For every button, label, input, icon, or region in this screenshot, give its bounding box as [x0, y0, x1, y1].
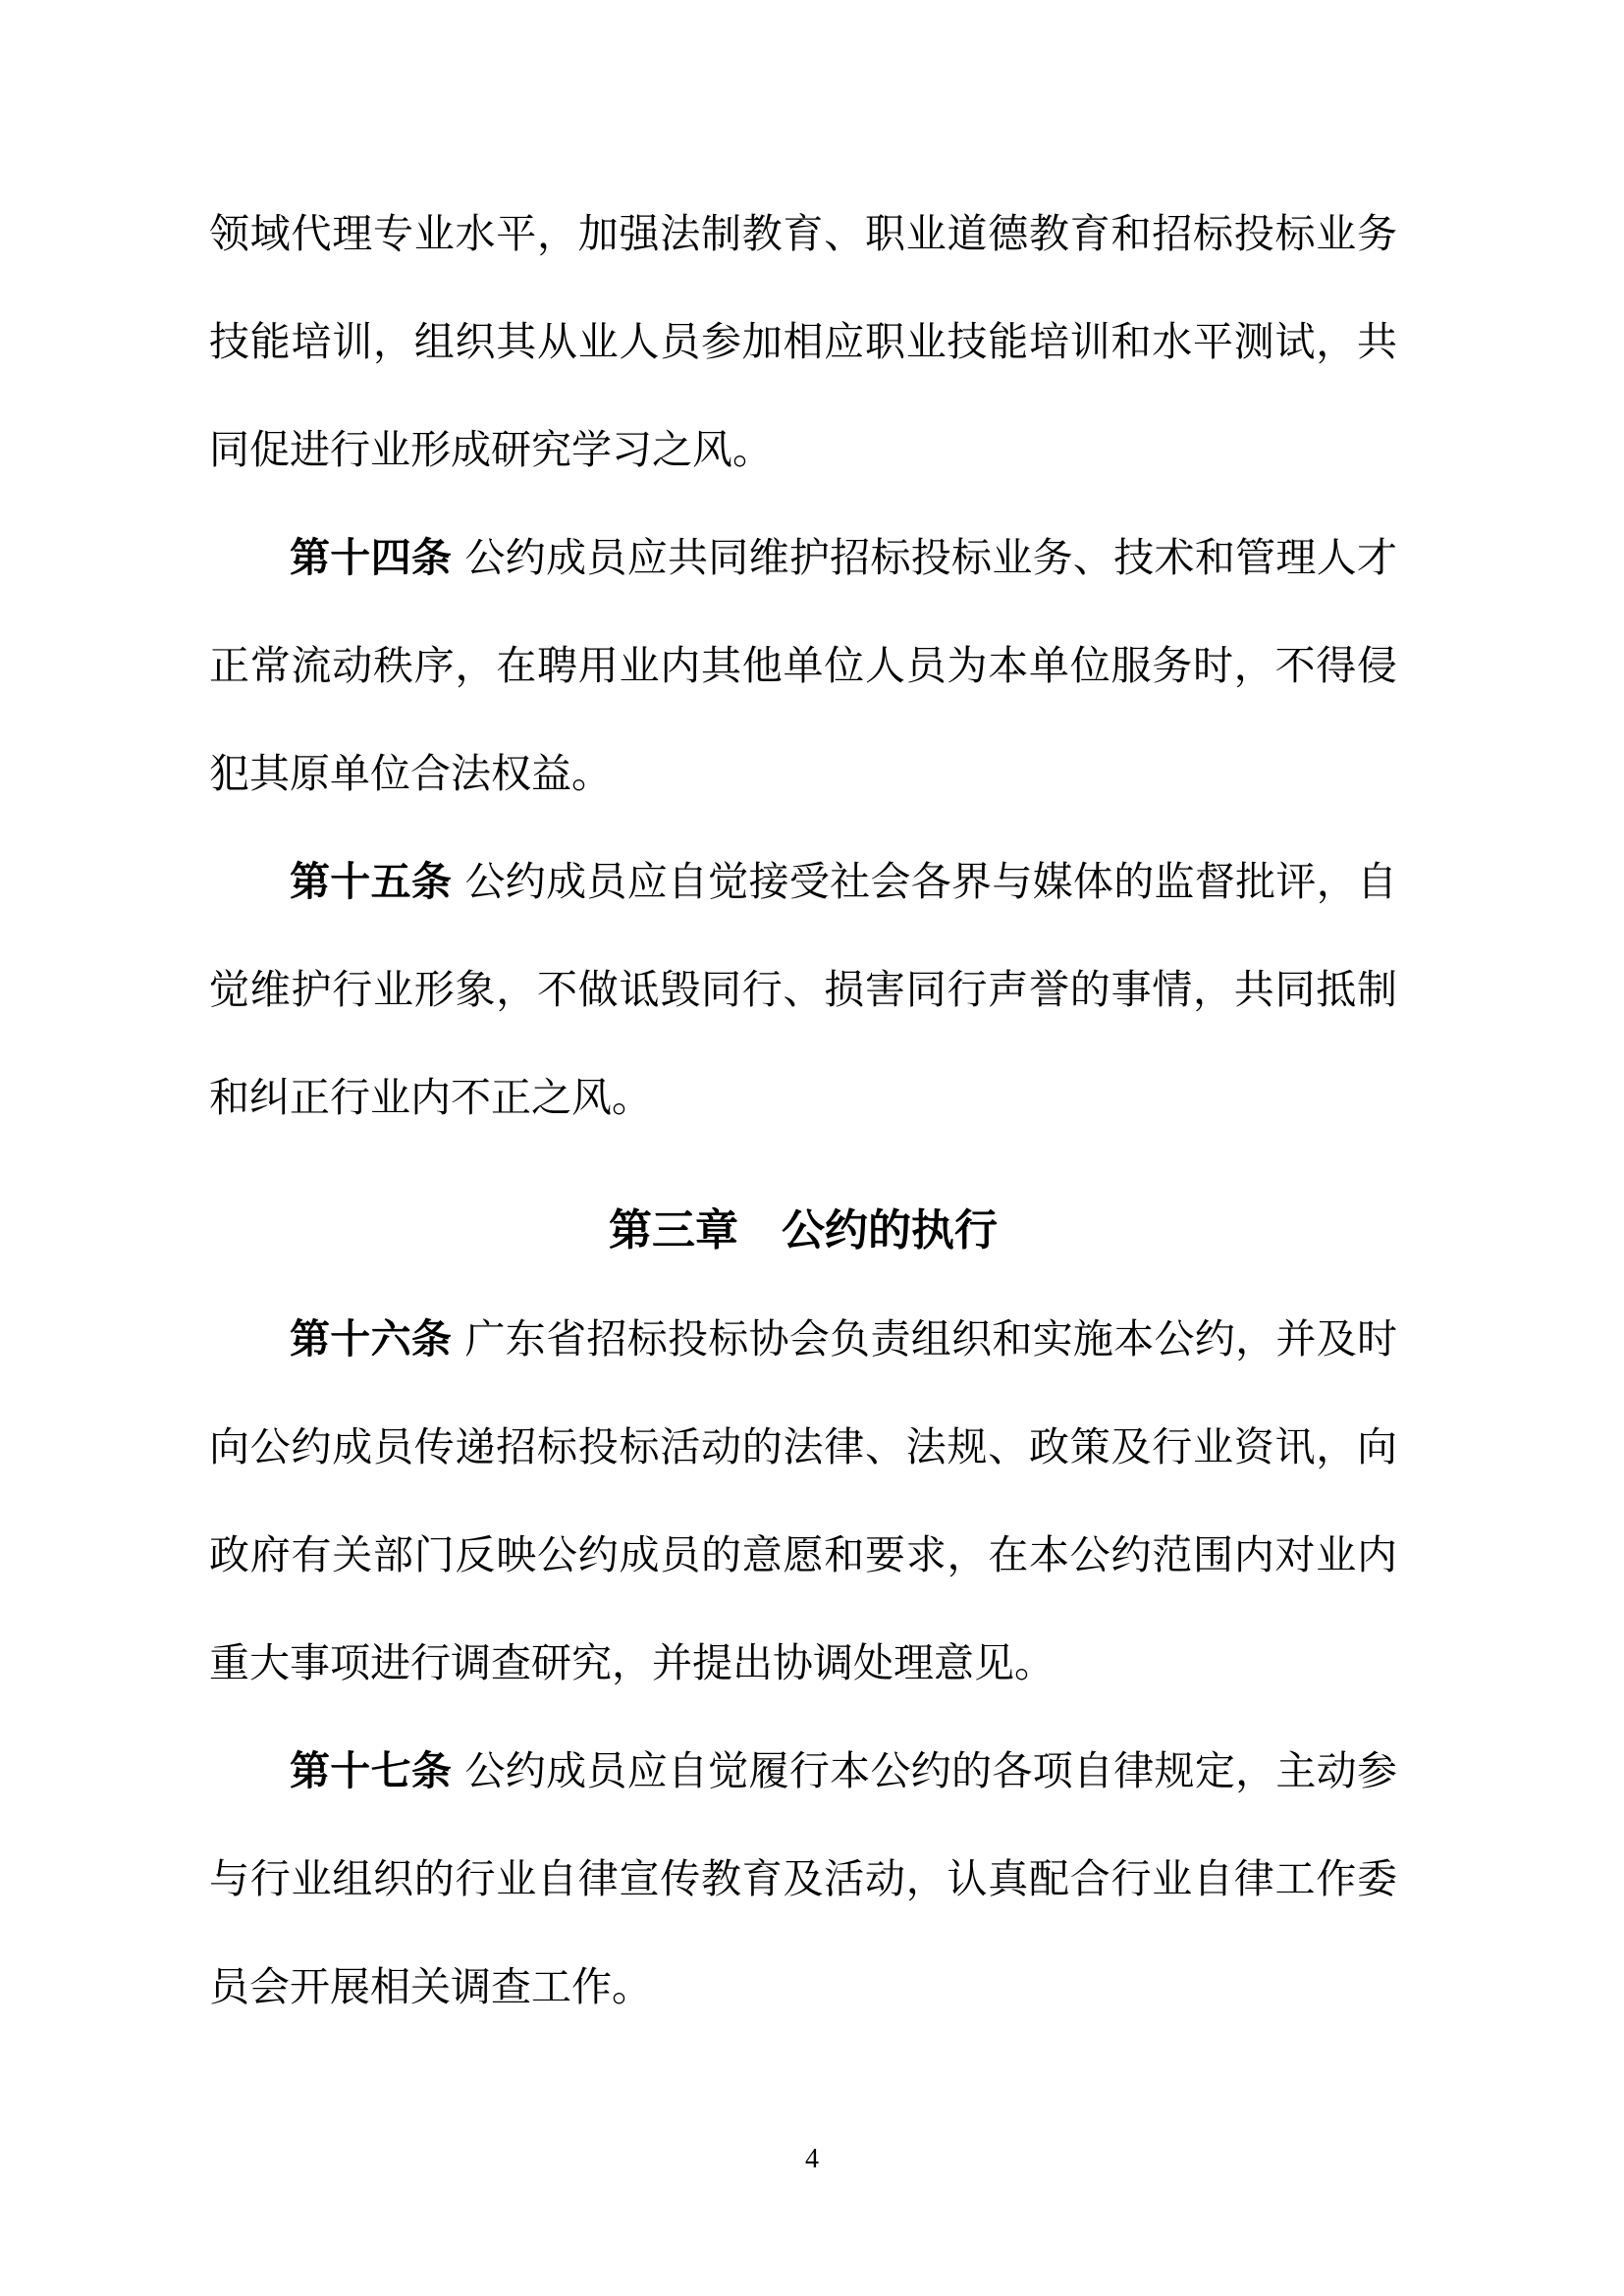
body-line: 第十五条 公约成员应自觉接受社会各界与媒体的监督批评，自: [209, 828, 1397, 935]
line-text: 公约成员应自觉履行本公约的各项自律规定，主动参: [465, 1747, 1397, 1794]
body-line: 觉维护行业形象，不做诋毁同行、损害同行声誉的事情，共同抵制: [209, 935, 1397, 1043]
paragraph: 第十四条 公约成员应共同维护招标投标业务、技术和管理人才正常流动秩序，在聘用业内…: [209, 504, 1397, 828]
body-line: 与行业组织的行业自律宣传教育及活动，认真配合行业自律工作委: [209, 1825, 1397, 1933]
line-text: 公约成员应自觉接受社会各界与媒体的监督批评，自: [465, 858, 1397, 905]
page-number: 4: [0, 2140, 1624, 2179]
body-line: 第十六条 广东省招标投标协会负责组织和实施本公约，并及时: [209, 1285, 1397, 1393]
body-line: 正常流动秩序，在聘用业内其他单位人员为本单位服务时，不得侵: [209, 612, 1397, 720]
paragraph: 第十七条 公约成员应自觉履行本公约的各项自律规定，主动参与行业组织的行业自律宣传…: [209, 1717, 1397, 2041]
body-line: 向公约成员传递招标投标活动的法律、法规、政策及行业资讯，向: [209, 1393, 1397, 1501]
article-number: 第十七条: [290, 1747, 452, 1794]
body-line: 政府有关部门反映公约成员的意愿和要求，在本公约范围内对业内: [209, 1501, 1397, 1609]
body-line: 和纠正行业内不正之风。: [209, 1043, 1397, 1151]
body-line: 员会开展相关调查工作。: [209, 1933, 1397, 2041]
article-number: 第十五条: [290, 858, 452, 905]
line-text: 员会开展相关调查工作。: [209, 1963, 652, 2010]
chapter-heading-line: 第三章 公约的执行: [209, 1177, 1397, 1285]
line-text: 技能培训，组织其从业人员参加相应职业技能培训和水平测试，共: [209, 318, 1397, 365]
body-line: 第十七条 公约成员应自觉履行本公约的各项自律规定，主动参: [209, 1717, 1397, 1825]
body-line: 犯其原单位合法权益。: [209, 720, 1397, 828]
body-line: 领域代理专业水平，加强法制教育、职业道德教育和招标投标业务: [209, 180, 1397, 288]
document-page: 领域代理专业水平，加强法制教育、职业道德教育和招标投标业务技能培训，组织其从业人…: [0, 0, 1624, 2296]
line-text: 正常流动秩序，在聘用业内其他单位人员为本单位服务时，不得侵: [209, 642, 1397, 689]
line-text: 公约成员应共同维护招标投标业务、技术和管理人才: [465, 534, 1397, 581]
body-line: 重大事项进行调查研究，并提出协调处理意见。: [209, 1609, 1397, 1717]
body-line: 技能培训，组织其从业人员参加相应职业技能培训和水平测试，共: [209, 288, 1397, 396]
line-text: 政府有关部门反映公约成员的意愿和要求，在本公约范围内对业内: [209, 1531, 1397, 1578]
article-number: 第十四条: [290, 534, 452, 581]
line-text: 同促进行业形成研究学习之风。: [209, 426, 773, 473]
body-line: 同促进行业形成研究学习之风。: [209, 396, 1397, 504]
article-number: 第十六条: [290, 1315, 452, 1362]
paragraph: 领域代理专业水平，加强法制教育、职业道德教育和招标投标业务技能培训，组织其从业人…: [209, 180, 1397, 504]
line-text: 与行业组织的行业自律宣传教育及活动，认真配合行业自律工作委: [209, 1855, 1397, 1902]
body-line: 第十四条 公约成员应共同维护招标投标业务、技术和管理人才: [209, 504, 1397, 612]
line-text: 向公约成员传递招标投标活动的法律、法规、政策及行业资讯，向: [209, 1423, 1397, 1470]
line-text: 重大事项进行调查研究，并提出协调处理意见。: [209, 1639, 1055, 1686]
chapter-heading: 第三章 公约的执行: [209, 1177, 1397, 1285]
paragraph: 第十五条 公约成员应自觉接受社会各界与媒体的监督批评，自觉维护行业形象，不做诋毁…: [209, 828, 1397, 1151]
paragraph: 第十六条 广东省招标投标协会负责组织和实施本公约，并及时向公约成员传递招标投标活…: [209, 1285, 1397, 1717]
document-body: 领域代理专业水平，加强法制教育、职业道德教育和招标投标业务技能培训，组织其从业人…: [209, 180, 1397, 2041]
line-text: 第三章 公约的执行: [609, 1205, 998, 1255]
line-text: 和纠正行业内不正之风。: [209, 1074, 652, 1121]
line-text: 觉维护行业形象，不做诋毁同行、损害同行声誉的事情，共同抵制: [209, 966, 1397, 1013]
line-text: 广东省招标投标协会负责组织和实施本公约，并及时: [465, 1315, 1397, 1362]
line-text: 犯其原单位合法权益。: [209, 750, 612, 797]
line-text: 领域代理专业水平，加强法制教育、职业道德教育和招标投标业务: [209, 210, 1397, 257]
